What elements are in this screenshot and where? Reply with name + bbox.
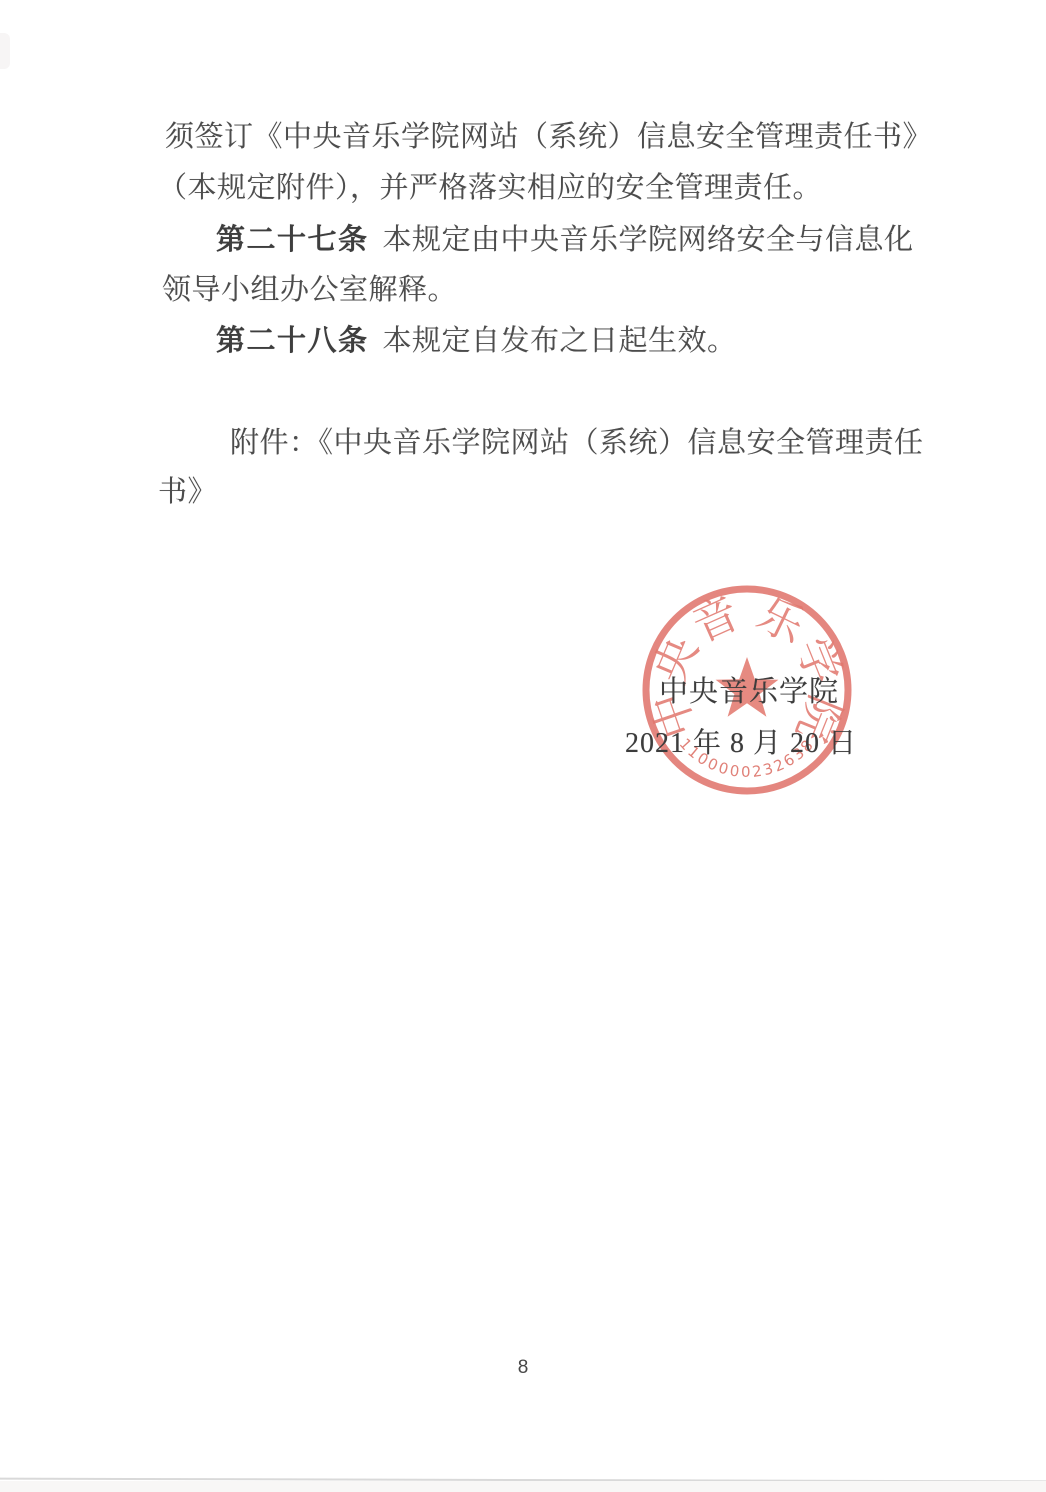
document-page: 须签订《中央音乐学院网站（系统）信息安全管理责任书》 （本规定附件），并严格落实… bbox=[0, 0, 1046, 1492]
paragraph-line: （本规定附件），并严格落实相应的安全管理责任。 bbox=[144, 165, 822, 206]
paragraph-line: 第二十八条本规定自发布之日起生效。 bbox=[216, 318, 737, 359]
seal-ring-char: 音 bbox=[685, 588, 746, 652]
signature-date: 2021 年 8 月 20 日 bbox=[625, 721, 857, 761]
signature-organization: 中央音乐学院 bbox=[659, 669, 839, 710]
page-number: 8 bbox=[0, 1357, 1046, 1379]
paragraph-line: 领导小组办公室解释。 bbox=[148, 267, 457, 308]
line-text: 书》 bbox=[158, 476, 217, 508]
line-text: 领导小组办公室解释。 bbox=[162, 274, 457, 306]
article-number bbox=[151, 121, 165, 153]
line-text: （本规定附件），并严格落实相应的安全管理责任。 bbox=[158, 172, 822, 204]
line-text: 本规定自发布之日起生效。 bbox=[383, 325, 737, 357]
scan-page-edge-shade bbox=[0, 1481, 1046, 1492]
line-text: 须签订《中央音乐学院网站（系统）信息安全管理责任书》 bbox=[165, 121, 932, 153]
scan-artifact bbox=[0, 33, 10, 69]
line-text: 本规定由中央音乐学院网络安全与信息化 bbox=[383, 224, 914, 256]
attachment-line: 附件：《中央音乐学院网站（系统）信息安全管理责任 bbox=[216, 420, 924, 461]
paragraph-line: 第二十七条本规定由中央音乐学院网络安全与信息化 bbox=[216, 217, 914, 258]
attachment-line: 书》 bbox=[144, 469, 217, 510]
article-number bbox=[216, 427, 230, 459]
article-number bbox=[144, 476, 158, 508]
paragraph-line: 须签订《中央音乐学院网站（系统）信息安全管理责任书》 bbox=[151, 114, 932, 155]
line-text: 附件：《中央音乐学院网站（系统）信息安全管理责任 bbox=[230, 427, 924, 459]
article-number bbox=[148, 274, 162, 306]
article-number: 第二十七条 bbox=[216, 224, 383, 256]
article-number bbox=[144, 172, 158, 204]
article-number: 第二十八条 bbox=[216, 325, 383, 357]
